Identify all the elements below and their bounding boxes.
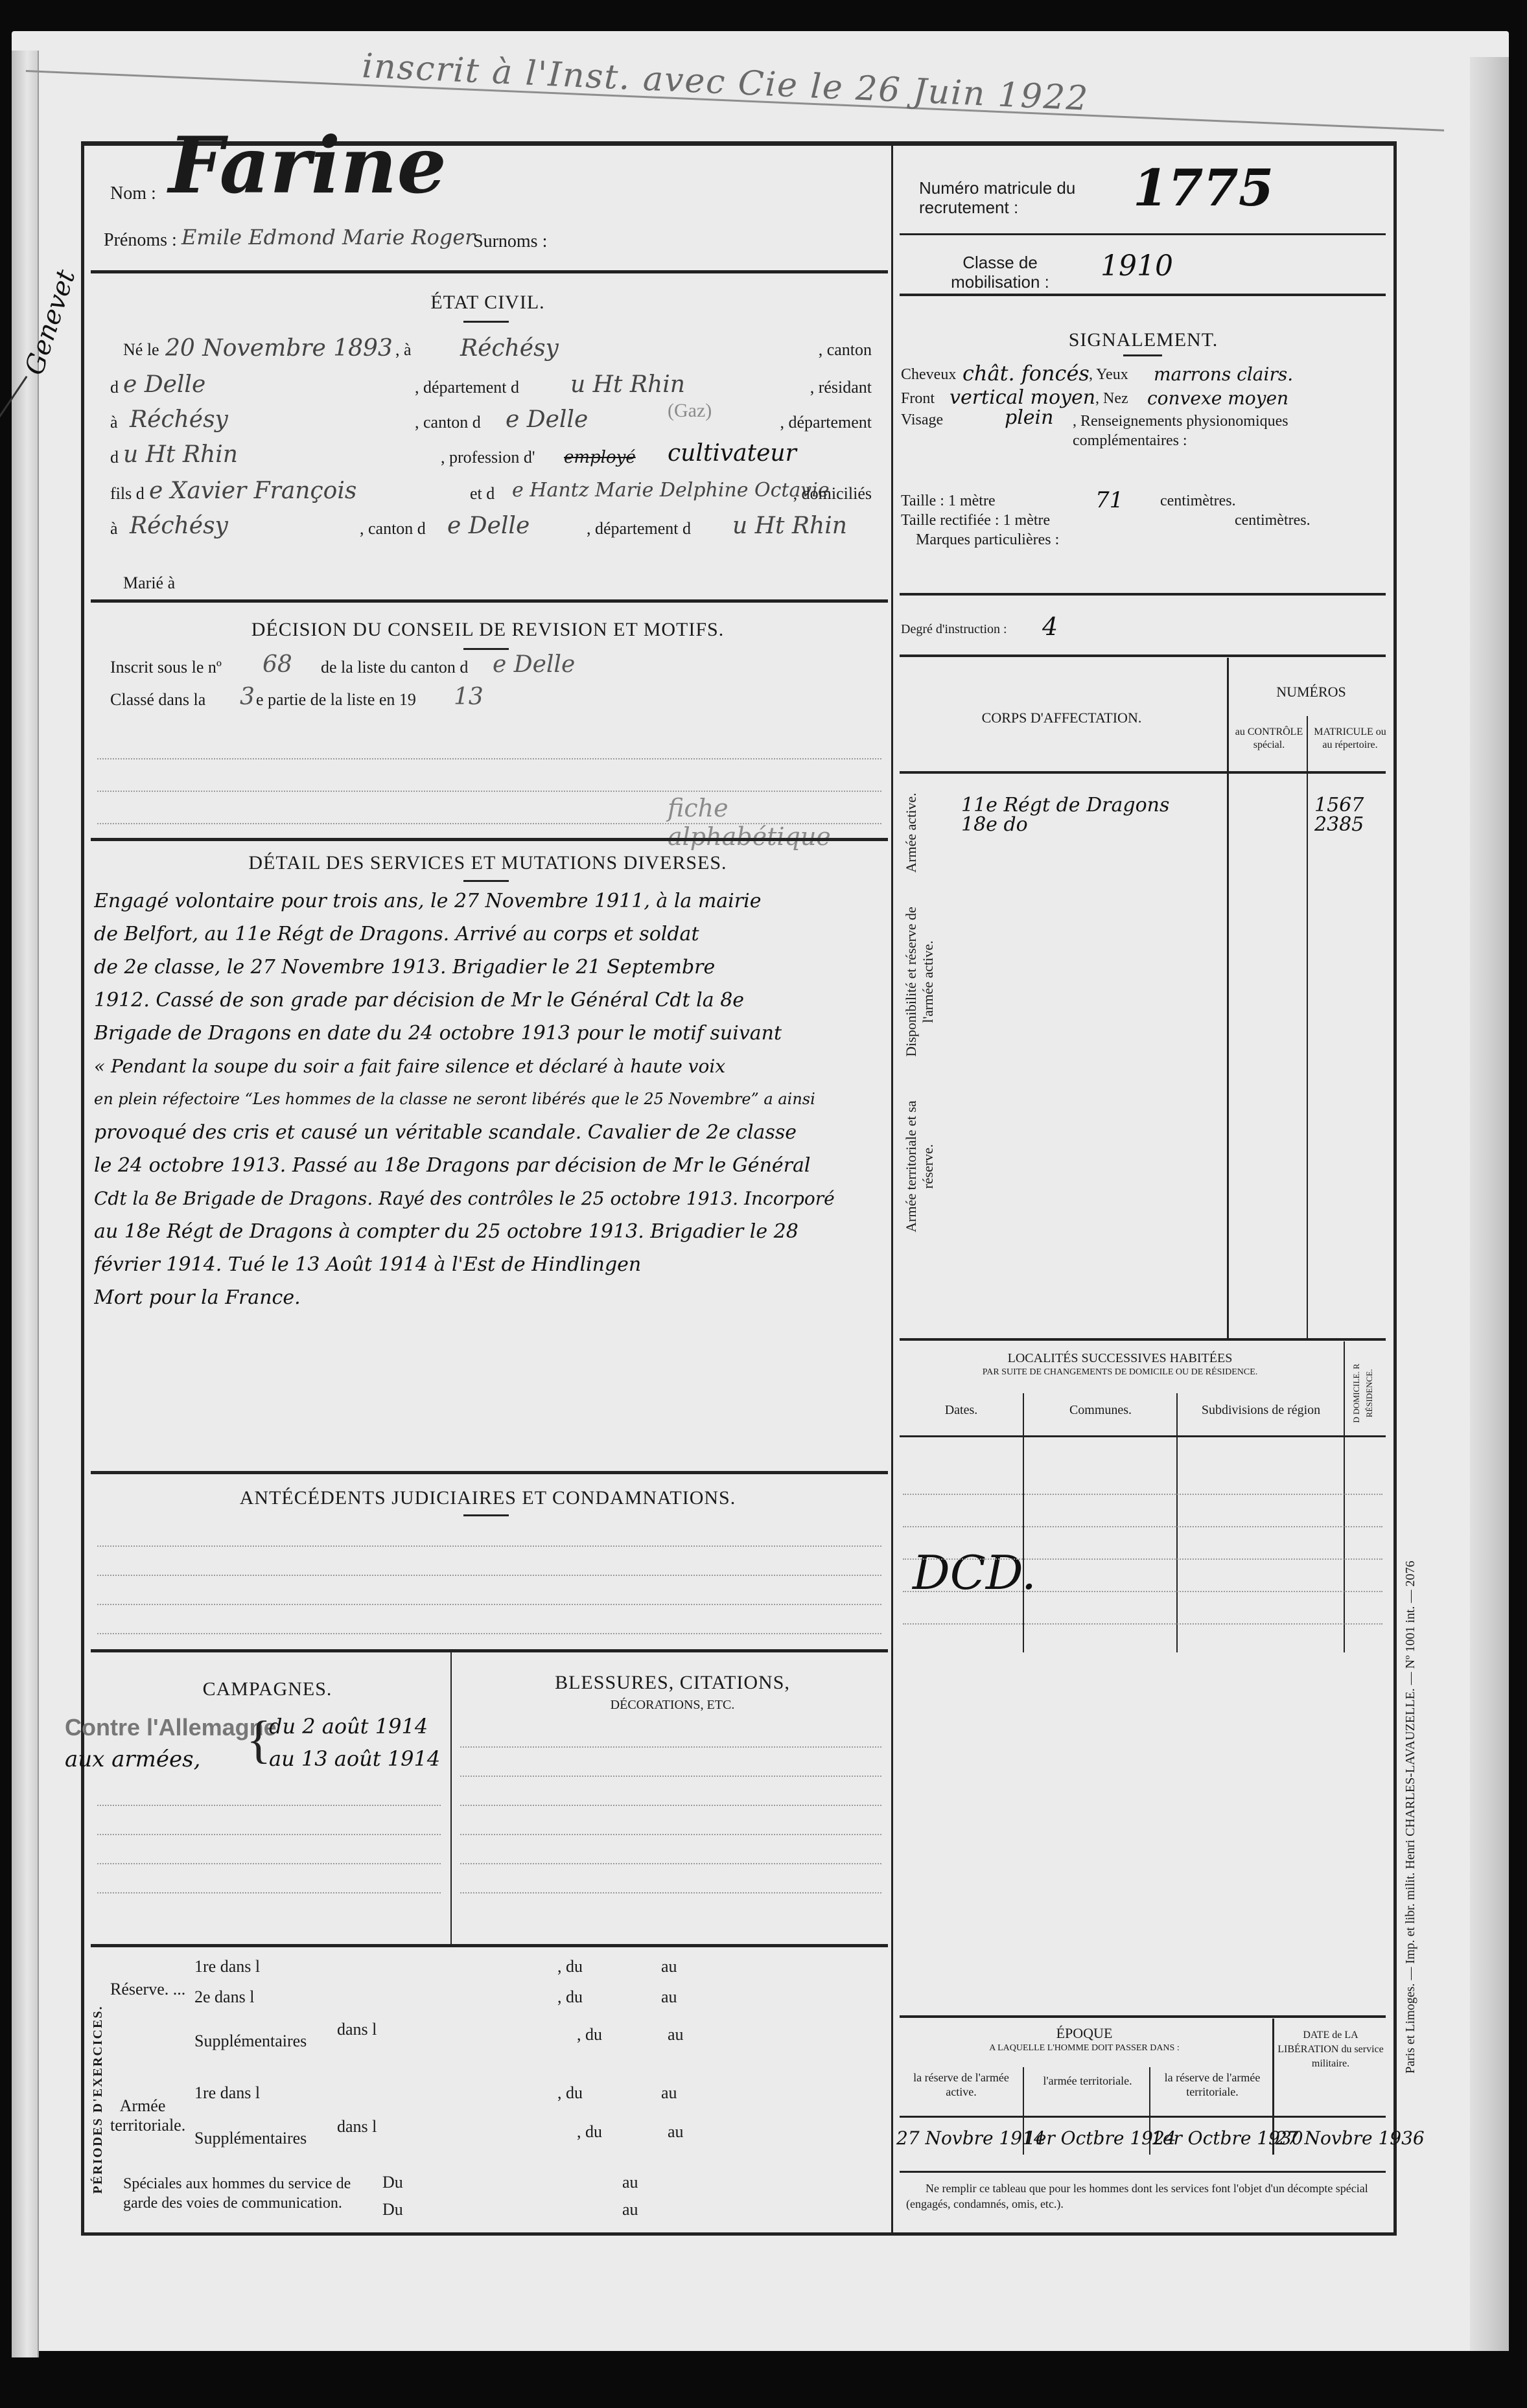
campagnes-title: CAMPAGNES. <box>84 1678 450 1700</box>
dotted-line <box>903 1623 1382 1625</box>
visage-label: Visage <box>901 411 943 429</box>
divider <box>900 233 1386 235</box>
dotted-line <box>903 1526 1382 1527</box>
inscrit-row: Inscrit sous le nº 68 de la liste du can… <box>110 658 878 690</box>
column-divider <box>1344 1341 1345 1652</box>
service-line: février 1914. Tué le 13 Août 1914 à l'Es… <box>94 1248 881 1281</box>
territoriale-label: Armée territoriale. <box>110 2096 175 2135</box>
domicile-canton-label: , canton d <box>360 519 426 538</box>
column-divider <box>450 1652 452 1944</box>
canton-label: , canton <box>819 340 872 360</box>
du-label: , du <box>557 2083 583 2103</box>
domicile-prefix: à <box>110 519 118 538</box>
du-label: , du <box>577 2122 602 2142</box>
date-liberation-title: DATE de LA LIBÉRATION du service militai… <box>1276 2028 1386 2071</box>
au-label: au <box>668 2025 684 2044</box>
du-label: Du <box>382 2173 403 2192</box>
matricule-value: 1775 <box>1133 159 1274 218</box>
instruction-label: Degré d'instruction : <box>901 622 1007 637</box>
yeux-value: marrons clairs. <box>1154 364 1293 385</box>
column-divider <box>1307 716 1308 1338</box>
service-line: Brigade de Dragons en date du 24 octobre… <box>94 1017 881 1050</box>
dotted-line <box>460 1834 881 1835</box>
service-line: 1912. Cassé de son grade par décision de… <box>94 984 881 1017</box>
inscrit-num: 68 <box>262 651 292 678</box>
antecedents-title: ANTÉCÉDENTS JUDICIAIRES ET CONDAMNATIONS… <box>84 1487 891 1509</box>
pere-value: e Xavier François <box>149 478 356 504</box>
prenoms-value: Emile Edmond Marie Roger <box>181 225 475 249</box>
left-column: Nom : Farine Prénoms : Emile Edmond Mari… <box>84 146 893 2232</box>
matricule-row: 2385 <box>1314 813 1364 836</box>
centimetres-label: centimètres. <box>1235 512 1311 529</box>
front-value: vertical moyen <box>950 386 1095 409</box>
visage-value: plein <box>1005 406 1053 429</box>
parents-row: fils d e Xavier François et d e Hantz Ma… <box>110 484 878 516</box>
printer-imprint: Paris et Limoges. — Imp. et libr. milit.… <box>1403 1560 1418 2074</box>
divider <box>900 593 1386 596</box>
du-label: Du <box>382 2200 403 2219</box>
divider <box>91 1471 888 1474</box>
marques-label: Marques particulières : <box>916 531 1059 549</box>
divider <box>900 2015 1386 2018</box>
reserve-row-supp: Supplémentaires dans l , du au <box>194 2025 878 2057</box>
service-line: « Pendant la soupe du soir a fait faire … <box>94 1050 881 1083</box>
residence-prefix: à <box>110 413 118 432</box>
title-underline <box>463 648 509 650</box>
column-divider <box>1176 1393 1178 1652</box>
speciales-row-2: Du au <box>382 2200 878 2232</box>
column-divider <box>1227 658 1229 1338</box>
title-underline <box>463 880 509 882</box>
record-form: Nom : Farine Prénoms : Emile Edmond Mari… <box>81 141 1397 2236</box>
territoriale-row-1: 1re dans l , du au <box>194 2083 878 2116</box>
numeros-title: NUMÉROS <box>1230 684 1392 700</box>
instruction-value: 4 <box>1042 612 1058 641</box>
page-binding <box>12 51 39 2357</box>
col-reserve-territoriale: la réserve de l'armée territoriale. <box>1152 2070 1272 2099</box>
dotted-line <box>97 1546 881 1547</box>
ne-le-label: Né le <box>123 340 159 360</box>
service-line: Mort pour la France. <box>94 1281 881 1314</box>
divider <box>900 1435 1386 1437</box>
divider <box>91 1944 888 1947</box>
taille-value: 71 <box>1095 487 1123 513</box>
conseil-title: DÉCISION DU CONSEIL DE REVISION ET MOTIF… <box>84 619 891 641</box>
fils-label: fils d <box>110 484 145 504</box>
period-label: Supplémentaires <box>194 2032 307 2051</box>
etat-civil-title: ÉTAT CIVIL. <box>84 292 891 314</box>
divider <box>91 599 888 603</box>
corps-row: 18e do <box>961 813 1028 836</box>
service-line: de Belfort, au 11e Régt de Dragons. Arri… <box>94 918 881 951</box>
dotted-line <box>460 1746 881 1748</box>
col-controle: au CONTRÔLE spécial. <box>1233 726 1305 752</box>
period-label: 1re dans l <box>194 2083 260 2103</box>
matricule-label: Numéro matricule du recrutement : <box>919 178 1081 217</box>
col-reserve-active: la réserve de l'armée active. <box>900 2070 1023 2099</box>
au-label: au <box>661 2083 677 2103</box>
domicile-departement-label: , département d <box>587 519 691 538</box>
page-edge <box>1470 57 1509 2351</box>
fiche-annotation: fiche alphabétique <box>668 794 891 851</box>
centimetres-label: centimètres. <box>1160 492 1236 510</box>
divider <box>900 2171 1386 2173</box>
section-active: Armée active. <box>903 784 920 881</box>
mere-label: et d <box>470 484 495 504</box>
column-divider <box>1023 1393 1024 1652</box>
divider <box>91 838 888 841</box>
service-line: le 24 octobre 1913. Passé au 18e Dragons… <box>94 1149 881 1182</box>
residence-value: Réchésy <box>130 406 228 433</box>
profession-row: d u Ht Rhin , profession d' employé cult… <box>110 448 878 480</box>
nez-label: , Nez <box>1095 390 1128 408</box>
epoque-note: Ne remplir ce tableau que pour les homme… <box>906 2181 1379 2212</box>
periodes-label: PÉRIODES D'EXERCICES. <box>91 1986 106 2213</box>
departement-label: , département d <box>415 378 519 397</box>
canton-value: e Delle <box>123 371 205 398</box>
dotted-line <box>903 1558 1382 1560</box>
service-line: Cdt la 8e Brigade de Dragons. Rayé des c… <box>94 1182 881 1215</box>
campagnes-au: au 13 août 1914 <box>269 1746 440 1771</box>
stamp-note: (Gaz) <box>668 400 712 422</box>
dotted-line <box>97 1892 441 1893</box>
renseignements-label: , Renseignements physionomiques compléme… <box>1073 411 1384 450</box>
dotted-line <box>97 1604 881 1605</box>
dotted-line <box>97 791 881 792</box>
divider <box>91 1649 888 1652</box>
right-column: Numéro matricule du recrutement : 1775 C… <box>893 146 1393 2232</box>
naissance-row: Né le 20 Novembre 1893 , à Réchésy , can… <box>110 340 878 373</box>
a-label: , à <box>395 340 412 360</box>
marie-label: Marié à <box>123 573 175 593</box>
campagnes-du: du 2 août 1914 <box>269 1714 428 1739</box>
divider <box>900 654 1386 657</box>
localites-subtitle: PAR SUITE DE CHANGEMENTS DE DOMICILE OU … <box>900 1367 1340 1378</box>
classe-mobilisation-value: 1910 <box>1101 249 1173 283</box>
divider <box>900 1338 1386 1341</box>
col-subdivisions: Subdivisions de région <box>1178 1403 1344 1418</box>
domicilies-label: , domiciliés <box>793 484 872 504</box>
profession-struck: employé <box>564 448 636 467</box>
date-reserve-active: 27 Novbre 1914 <box>896 2127 1045 2149</box>
brace: { <box>246 1714 271 1766</box>
visage-row: Visage plein , Renseignements physionomi… <box>901 411 1388 444</box>
dotted-line <box>460 1863 881 1864</box>
residence-departement-prefix: d <box>110 448 119 467</box>
domicile-value: Réchésy <box>130 513 228 539</box>
col-matricule: MATRICULE ou au répertoire. <box>1311 726 1389 752</box>
marques-row: Marques particulières : <box>916 531 1388 564</box>
reserve-row-1: 1re dans l , du au <box>194 1957 878 1989</box>
date-liberation: 27 Novbre 1936 <box>1276 2127 1425 2149</box>
dotted-line <box>460 1776 881 1777</box>
corps-title: CORPS D'AFFECTATION. <box>900 710 1224 726</box>
speciales-label: Spéciales aux hommes du service de garde… <box>123 2174 369 2213</box>
title-underline <box>463 1514 509 1516</box>
taille-label: Taille : 1 mètre <box>901 492 996 510</box>
divider <box>900 2116 1386 2118</box>
dotted-line <box>460 1892 881 1893</box>
nom-value: Farine <box>169 120 447 211</box>
services-title: DÉTAIL DES SERVICES ET MUTATIONS DIVERSE… <box>84 852 891 874</box>
nez-value: convexe moyen <box>1147 388 1288 409</box>
partie-label: e partie de la liste en 19 <box>256 690 416 710</box>
services-text: Engagé volontaire pour trois ans, le 27 … <box>94 885 881 1314</box>
localites-title: LOCALITÉS SUCCESSIVES HABITÉES <box>900 1351 1340 1366</box>
domicile-departement-value: u Ht Rhin <box>732 513 847 539</box>
dotted-line <box>97 1863 441 1864</box>
title-underline <box>1123 354 1162 356</box>
dotted-line <box>97 1633 881 1634</box>
service-line: provoqué des cris et causé un véritable … <box>94 1116 881 1149</box>
dotted-line <box>903 1591 1382 1592</box>
territoriale-row-supp: Supplémentaires dans l , du au <box>194 2122 878 2155</box>
taille-rect-label: Taille rectifiée : 1 mètre <box>901 512 1050 529</box>
divider <box>900 294 1386 296</box>
front-label: Front <box>901 390 935 408</box>
liste-canton-value: e Delle <box>493 651 575 678</box>
du-label: , du <box>557 1957 583 1976</box>
departement-value: u Ht Rhin <box>570 371 685 398</box>
residence-departement-label: , département <box>780 413 872 432</box>
dotted-line <box>97 1834 441 1835</box>
residence-canton-label: , canton d <box>415 413 481 432</box>
date-naissance: 20 Novembre 1893 <box>165 335 393 362</box>
prenoms-label: Prénoms : <box>104 230 177 251</box>
resident-label: , résidant <box>810 378 872 397</box>
dotted-line <box>97 1805 441 1806</box>
dotted-line <box>97 1575 881 1576</box>
campagnes-sub: aux armées, <box>65 1746 200 1772</box>
inscrit-label: Inscrit sous le nº <box>110 658 222 677</box>
residence-canton-value: e Delle <box>506 406 588 433</box>
nom-label: Nom : <box>110 183 156 204</box>
col-territoriale: l'armée territoriale. <box>1026 2074 1149 2088</box>
classe-label: Classé dans la <box>110 690 205 710</box>
service-line: Engagé volontaire pour trois ans, le 27 … <box>94 885 881 918</box>
epoque-title: ÉPOQUE <box>900 2025 1269 2042</box>
divider <box>91 270 888 273</box>
title-underline <box>463 321 509 323</box>
du-label: , du <box>557 1987 583 2007</box>
reserve-row-2: 2e dans l , du au <box>194 1987 878 2020</box>
profession-label: , profession d' <box>441 448 535 467</box>
epoque-subtitle: A LAQUELLE L'HOMME DOIT PASSER DANS : <box>900 2043 1269 2054</box>
service-line: en plein réfectoire “Les hommes de la cl… <box>94 1083 881 1116</box>
canton-prefix: d <box>110 378 119 397</box>
yeux-label: , Yeux <box>1089 366 1128 384</box>
au-label: au <box>661 1957 677 1976</box>
classe-partie: 3 <box>240 684 255 710</box>
profession-value: cultivateur <box>668 440 797 467</box>
residence-departement-value: u Ht Rhin <box>123 441 238 468</box>
col-dates: Dates. <box>900 1403 1023 1418</box>
lieu-naissance: Réchésy <box>460 335 559 362</box>
col-communes: Communes. <box>1026 1403 1175 1418</box>
cheveux-value: chât. foncés <box>962 361 1090 386</box>
dotted-line <box>460 1805 881 1806</box>
section-disponibilite: Disponibilité et réserve de l'armée acti… <box>903 891 937 1072</box>
au-label: au <box>622 2200 638 2219</box>
service-line: au 18e Régt de Dragons à compter du 25 o… <box>94 1215 881 1248</box>
canton-row: d e Delle , département d u Ht Rhin , ré… <box>110 378 878 410</box>
period-label: 1re dans l <box>194 1957 260 1976</box>
col-domicile-residence: D DOMICILE. R RÉSIDENCE. <box>1350 1345 1376 1442</box>
au-label: au <box>661 1987 677 2007</box>
au-label: au <box>668 2122 684 2142</box>
du-label: , du <box>577 2025 602 2044</box>
dotted-line <box>97 758 881 759</box>
blessures-title: BLESSURES, CITATIONS, <box>454 1672 891 1694</box>
period-sub: dans l <box>337 2117 377 2136</box>
blessures-subtitle: DÉCORATIONS, ETC. <box>454 1698 891 1713</box>
domicile-canton-value: e Delle <box>447 513 530 539</box>
au-label: au <box>622 2173 638 2192</box>
section-territoriale: Armée territoriale et sa réserve. <box>903 1085 937 1247</box>
campagnes-stamp: Contre l'Allemagne <box>65 1714 277 1741</box>
classe-annee: 13 <box>454 684 484 710</box>
reserve-label: Réserve. ... <box>110 1980 185 1999</box>
mere-value: e Hantz Marie Delphine Octavie <box>512 479 830 502</box>
period-sub: dans l <box>337 2020 377 2039</box>
divider <box>900 771 1386 774</box>
period-label: Supplémentaires <box>194 2129 307 2148</box>
signalement-title: SIGNALEMENT. <box>893 329 1393 351</box>
domicile-row: à Réchésy , canton d e Delle , départeme… <box>110 519 878 551</box>
period-label: 2e dans l <box>194 1987 254 2007</box>
surnoms-label: Surnoms : <box>473 231 547 252</box>
service-line: de 2e classe, le 27 Novembre 1913. Briga… <box>94 951 881 984</box>
classe-mobilisation-label: Classe de mobilisation : <box>919 253 1081 292</box>
cheveux-label: Cheveux <box>901 366 956 384</box>
dotted-line <box>903 1494 1382 1495</box>
classe-row: Classé dans la 3 e partie de la liste en… <box>110 690 878 723</box>
liste-canton-label: de la liste du canton d <box>321 658 468 677</box>
